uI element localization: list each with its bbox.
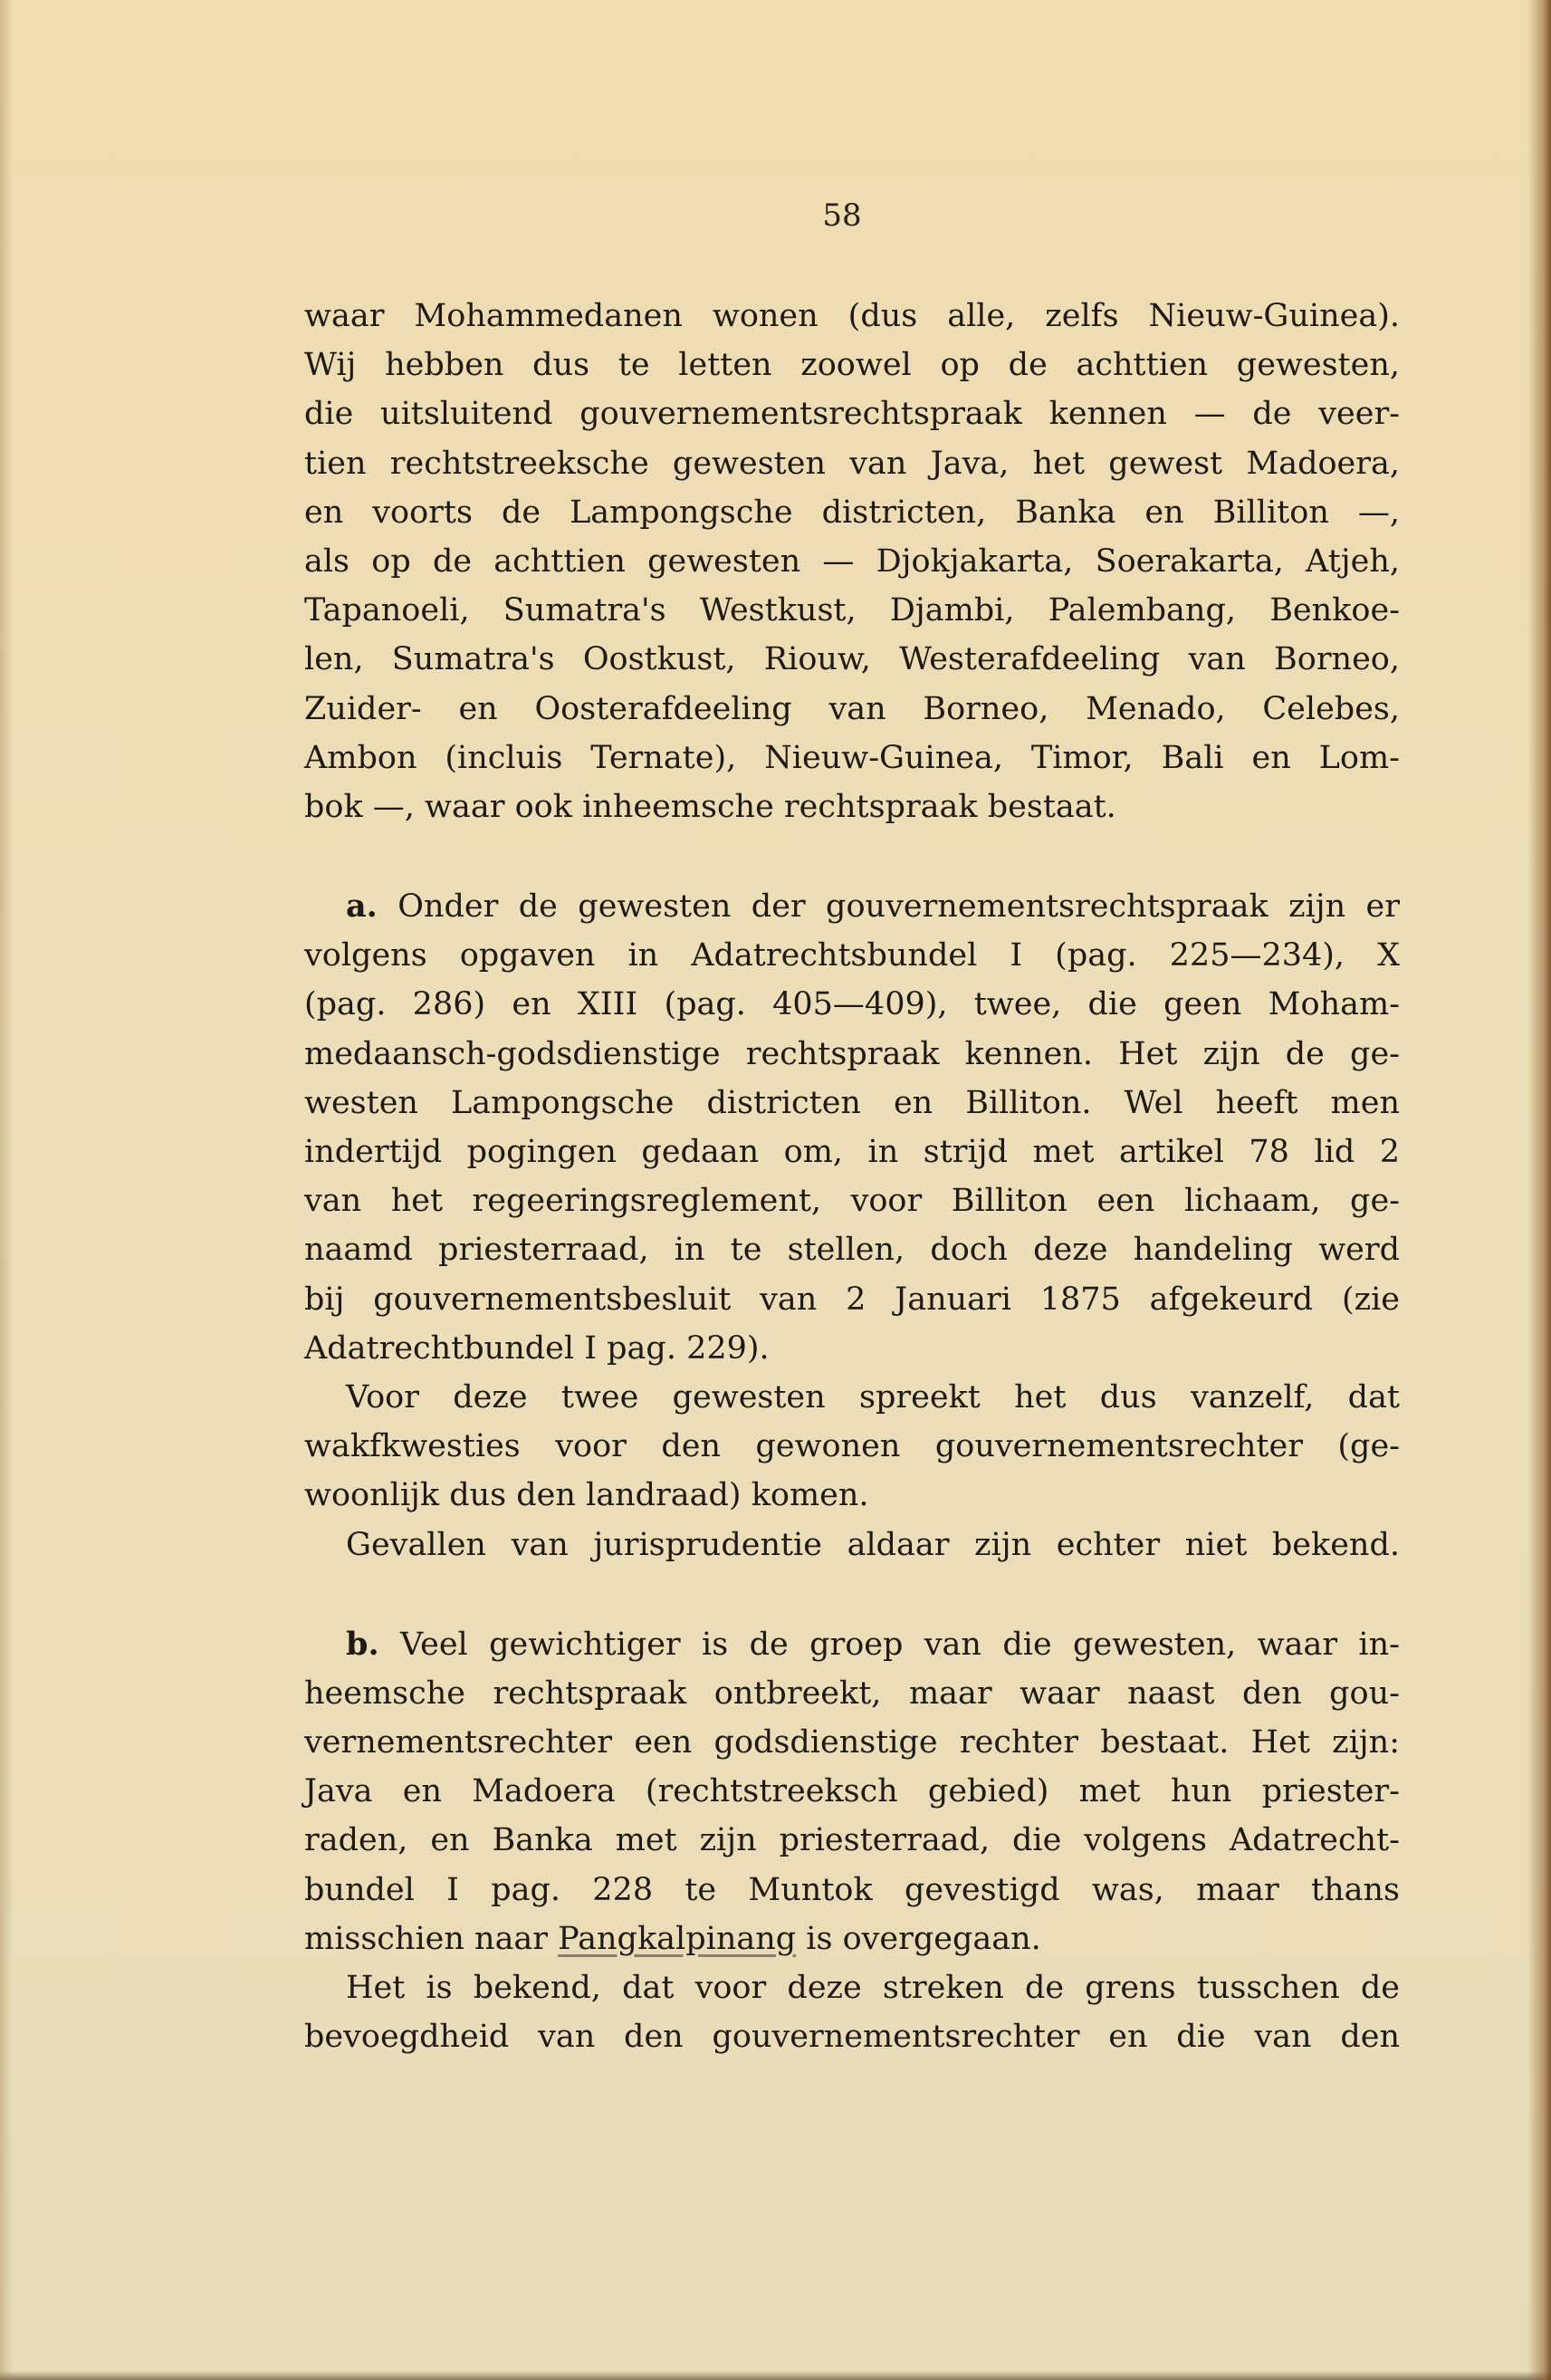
text-fragment: Onder de gewesten der gouvernementsrecht…	[378, 888, 1400, 925]
section-a-marker: a.	[346, 888, 378, 925]
text-line: bij gouvernementsbesluit van 2 Januari 1…	[304, 1275, 1400, 1324]
page-number: 58	[0, 197, 1551, 234]
text-line: en voorts de Lampongsche districten, Ban…	[304, 488, 1400, 537]
text-line: Voor deze twee gewesten spreekt het dus …	[304, 1373, 1400, 1422]
text-line: volgens opgaven in Adatrechtsbundel I (p…	[304, 931, 1400, 980]
text-line: misschien naar Pangkalpinang is overgega…	[304, 1915, 1400, 1963]
text-line: tien rechtstreeksche gewesten van Java, …	[304, 439, 1400, 488]
section-spacer	[304, 831, 1400, 882]
scanned-book-page: 58 waar Mohammedanen wonen (dus alle, ze…	[0, 0, 1551, 2380]
text-line: waar Mohammedanen wonen (dus alle, zelfs…	[304, 292, 1400, 341]
text-line: bevoegdheid van den gouvernementsrechter…	[304, 2012, 1400, 2061]
text-line: wakfkwesties voor den gewonen gouverneme…	[304, 1422, 1400, 1471]
text-line: Adatrechtbundel I pag. 229).	[304, 1324, 1400, 1373]
text-line: medaansch-godsdienstige rechtspraak kenn…	[304, 1030, 1400, 1079]
section-b-marker: b.	[346, 1626, 379, 1663]
text-line: naamd priesterraad, in te stellen, doch …	[304, 1225, 1400, 1274]
section-b: b. Veel gewichtiger is de groep van die …	[304, 1620, 1400, 2062]
text-fragment: misschien naar	[304, 1921, 558, 1957]
text-line: len, Sumatra's Oostkust, Riouw, Westeraf…	[304, 635, 1400, 684]
text-line: (pag. 286) en XIII (pag. 405—409), twee,…	[304, 980, 1400, 1029]
text-line: woonlijk dus den landraad) komen.	[304, 1471, 1400, 1520]
text-line: Ambon (incluis Ternate), Nieuw-Guinea, T…	[304, 734, 1400, 782]
text-line: Gevallen van jurisprudentie aldaar zijn …	[304, 1521, 1400, 1569]
intro-paragraph: waar Mohammedanen wonen (dus alle, zelfs…	[304, 292, 1400, 831]
text-fragment: is overgegaan.	[796, 1921, 1041, 1957]
text-line: van het regeeringsreglement, voor Billit…	[304, 1176, 1400, 1225]
text-line: bundel I pag. 228 te Muntok gevestigd wa…	[304, 1866, 1400, 1915]
text-line: Het is bekend, dat voor deze streken de …	[304, 1963, 1400, 2012]
text-line: die uitsluitend gouvernementsrechtspraak…	[304, 389, 1400, 438]
text-line: heemsche rechtspraak ontbreekt, maar waa…	[304, 1669, 1400, 1718]
text-line: als op de achttien gewesten — Djokjakart…	[304, 537, 1400, 586]
text-line: westen Lampongsche districten en Billito…	[304, 1079, 1400, 1128]
text-line: Java en Madoera (rechtstreeksch gebied) …	[304, 1767, 1400, 1816]
text-fragment: Veel gewichtiger is de groep van die gew…	[379, 1627, 1400, 1663]
section-a-first-line: a. Onder de gewesten der gouvernementsre…	[304, 882, 1400, 931]
underlined-place-name: Pangkalpinang	[558, 1921, 796, 1957]
text-line: Zuider- en Oosterafdeeling van Borneo, M…	[304, 685, 1400, 734]
section-b-first-line: b. Veel gewichtiger is de groep van die …	[304, 1620, 1400, 1669]
text-line: bok —, waar ook inheemsche rechtspraak b…	[304, 782, 1400, 831]
text-line: vernementsrechter een godsdienstige rech…	[304, 1718, 1400, 1767]
section-spacer	[304, 1569, 1400, 1620]
section-a: a. Onder de gewesten der gouvernementsre…	[304, 882, 1400, 1569]
text-line: raden, en Banka met zijn priesterraad, d…	[304, 1816, 1400, 1865]
page-body-text: waar Mohammedanen wonen (dus alle, zelfs…	[304, 292, 1400, 2061]
text-line: indertijd pogingen gedaan om, in strijd …	[304, 1128, 1400, 1176]
text-line: Wij hebben dus te letten zoowel op de ac…	[304, 341, 1400, 389]
text-line: Tapanoeli, Sumatra's Westkust, Djambi, P…	[304, 586, 1400, 635]
